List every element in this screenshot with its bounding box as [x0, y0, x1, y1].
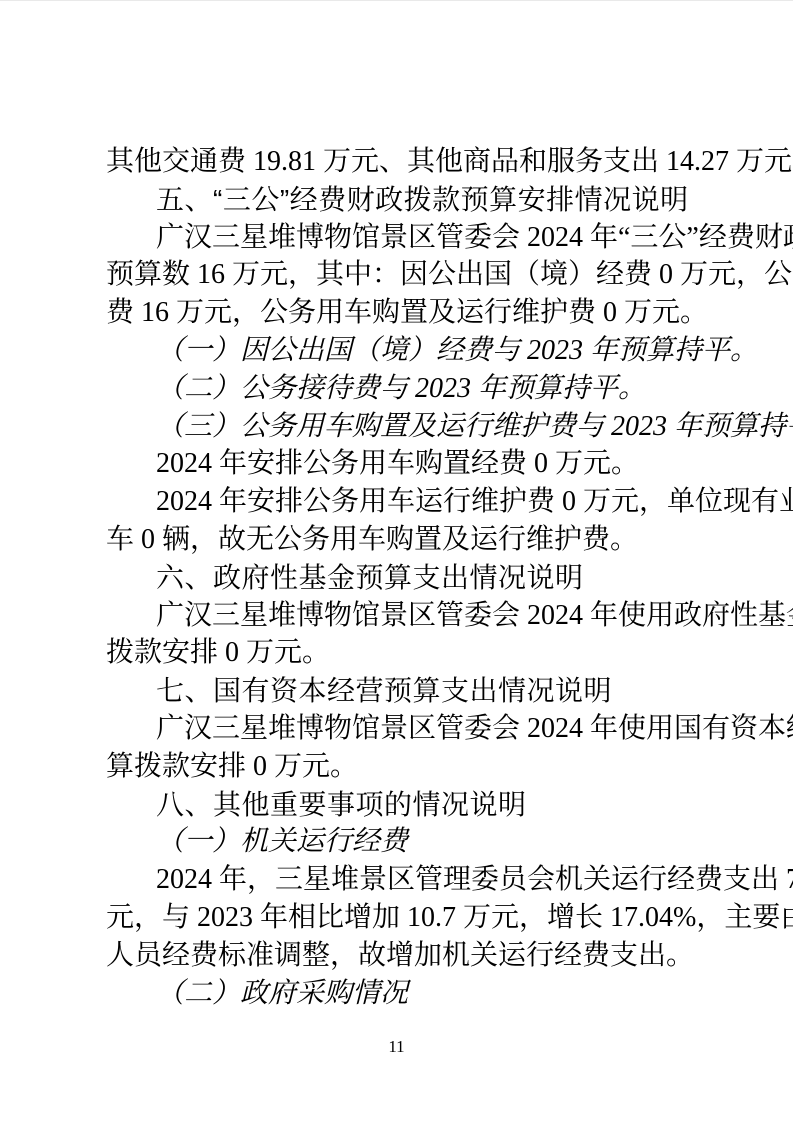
paragraph-line: 费 16 万元，公务用车购置及运行维护费 0 万元。 [106, 294, 700, 332]
section-8-heading: 八、其他重要事项的情况说明 [106, 786, 700, 824]
subsection-heading: （一）机关运行经费 [106, 823, 700, 861]
page-top-edge [0, 0, 793, 1]
paragraph-line: 广汉三星堆博物馆景区管委会 2024 年使用国有资本经营预 [106, 710, 700, 748]
paragraph-line: 广汉三星堆博物馆景区管委会 2024 年“三公”经费财政拨款 [106, 219, 700, 257]
paragraph-line: 其他交通费 19.81 万元、其他商品和服务支出 14.27 万元。 [106, 143, 700, 181]
paragraph-line: 2024 年，三星堆景区管理委员会机关运行经费支出 73.49 万 [106, 861, 700, 899]
subsection-heading: （二）政府采购情况 [106, 975, 700, 1013]
paragraph-line: 拨款安排 0 万元。 [106, 634, 700, 672]
paragraph-line: 2024 年安排公务用车购置经费 0 万元。 [106, 445, 700, 483]
paragraph-line: 算拨款安排 0 万元。 [106, 748, 700, 786]
subsection-heading: （三）公务用车购置及运行维护费与 2023 年预算持平。 [106, 408, 700, 446]
section-6-heading: 六、政府性基金预算支出情况说明 [106, 559, 700, 597]
document-body: 其他交通费 19.81 万元、其他商品和服务支出 14.27 万元。 五、“三公… [106, 143, 700, 1012]
document-page: { "page": { "number": "11", "background_… [0, 0, 793, 1122]
section-5-heading: 五、“三公”经费财政拨款预算安排情况说明 [106, 181, 700, 219]
subsection-heading: （一）因公出国（境）经费与 2023 年预算持平。 [106, 332, 700, 370]
paragraph-line: 车 0 辆，故无公务用车购置及运行维护费。 [106, 521, 700, 559]
subsection-heading: （二）公务接待费与 2023 年预算持平。 [106, 370, 700, 408]
paragraph-line: 预算数 16 万元，其中：因公出国（境）经费 0 万元，公务接待 [106, 256, 700, 294]
paragraph-line: 元，与 2023 年相比增加 10.7 万元，增长 17.04%，主要由于在编 [106, 899, 700, 937]
paragraph-line: 广汉三星堆博物馆景区管委会 2024 年使用政府性基金预算 [106, 597, 700, 635]
paragraph-line: 人员经费标准调整，故增加机关运行经费支出。 [106, 937, 700, 975]
page-number: 11 [0, 1036, 793, 1058]
paragraph-line: 2024 年安排公务用车运行维护费 0 万元，单位现有业务用 [106, 483, 700, 521]
section-7-heading: 七、国有资本经营预算支出情况说明 [106, 672, 700, 710]
